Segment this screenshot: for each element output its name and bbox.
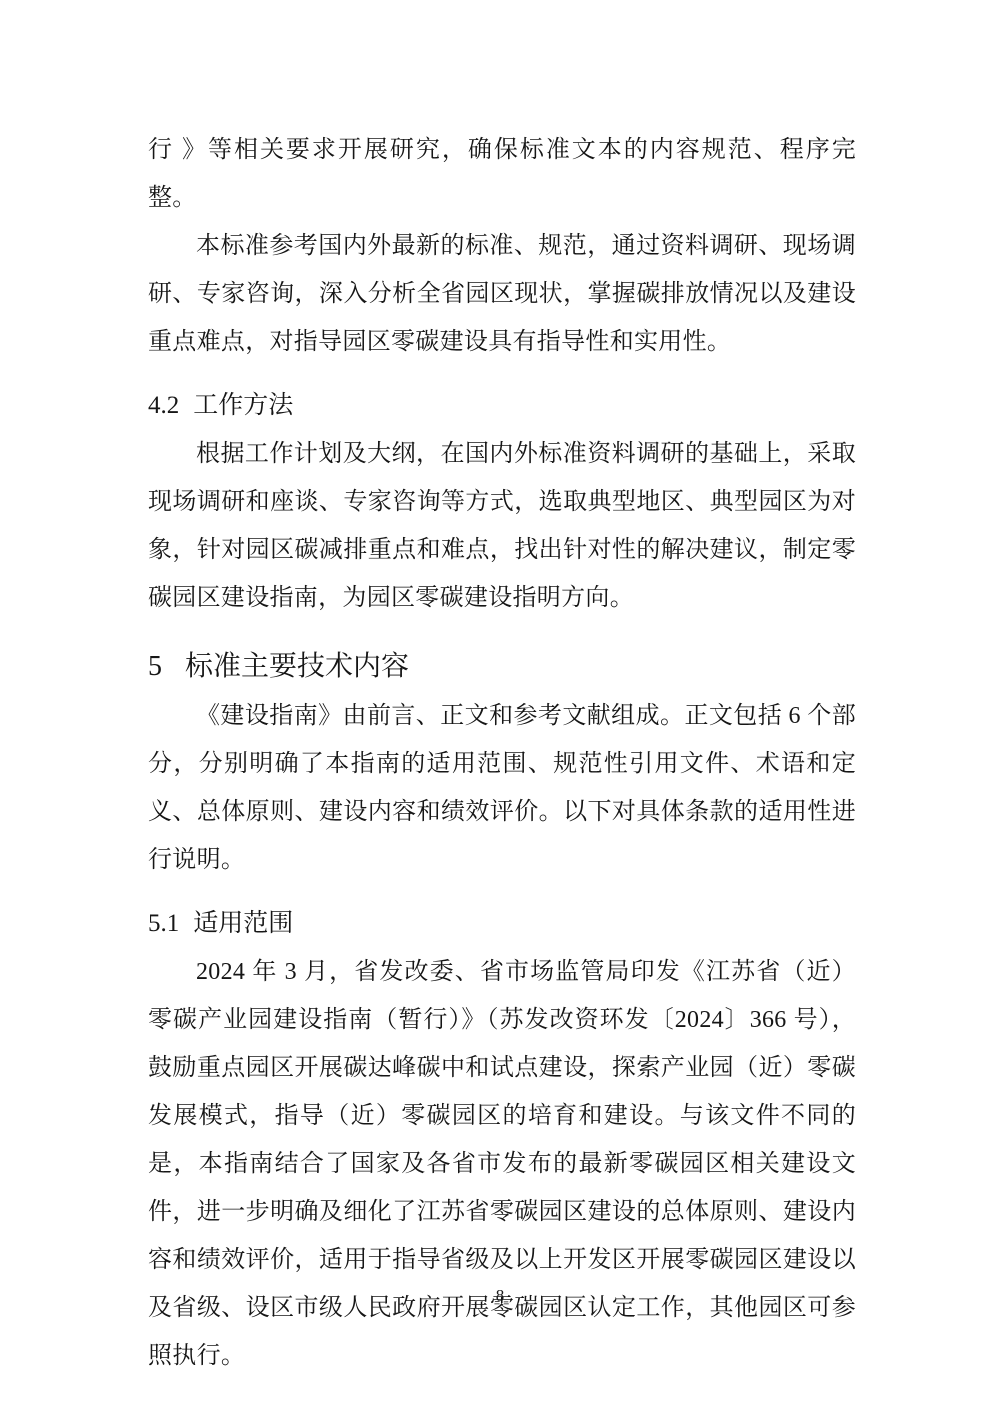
paragraph-continuation: 行 》等相关要求开展研究，确保标准文本的内容规范、程序完整。 xyxy=(148,126,856,222)
section-number: 4.2 xyxy=(148,392,179,419)
section-title: 工作方法 xyxy=(193,392,293,419)
page-number: 8 xyxy=(496,1286,505,1305)
section-number: 5 xyxy=(148,651,162,682)
section-heading-5-1: 5.1适用范围 xyxy=(148,900,856,948)
section-number: 5.1 xyxy=(148,910,179,937)
section-heading-4-2: 4.2工作方法 xyxy=(148,382,856,430)
paragraph-scope-of-application: 2024 年 3 月，省发改委、省市场监管局印发《江苏省（近）零碳产业园建设指南… xyxy=(148,948,856,1380)
paragraph-standard-reference: 本标准参考国内外最新的标准、规范，通过资料调研、现场调研、专家咨询，深入分析全省… xyxy=(148,222,856,366)
section-title: 适用范围 xyxy=(193,910,293,937)
page-footer: 8 xyxy=(0,1284,1000,1308)
page-content: 行 》等相关要求开展研究，确保标准文本的内容规范、程序完整。 本标准参考国内外最… xyxy=(148,126,856,1380)
paragraph-work-method: 根据工作计划及大纲，在国内外标准资料调研的基础上，采取现场调研和座谈、专家咨询等… xyxy=(148,430,856,622)
section-title: 标准主要技术内容 xyxy=(185,651,409,682)
document-page: 行 》等相关要求开展研究，确保标准文本的内容规范、程序完整。 本标准参考国内外最… xyxy=(0,0,1000,1414)
paragraph-guide-structure: 《建设指南》由前言、正文和参考文献组成。正文包括 6 个部分，分别明确了本指南的… xyxy=(148,692,856,884)
section-heading-5: 5标准主要技术内容 xyxy=(148,642,856,692)
